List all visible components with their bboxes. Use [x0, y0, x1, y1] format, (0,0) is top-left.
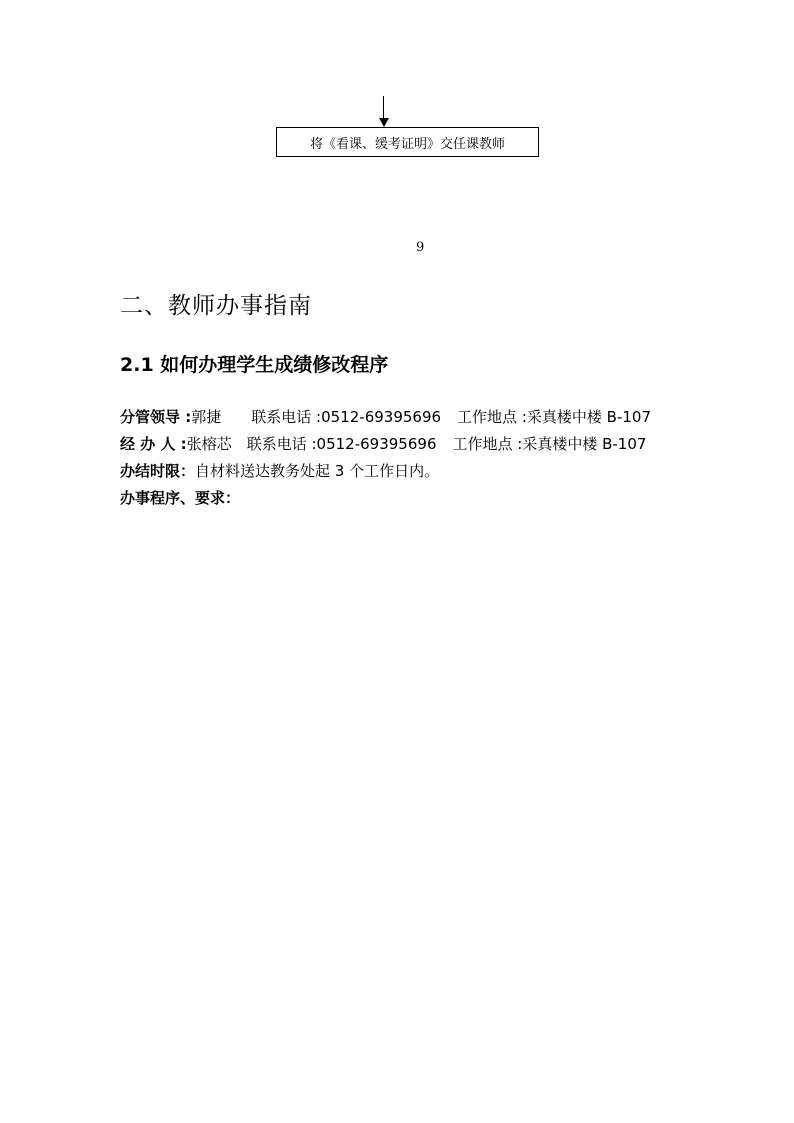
subsection-title: 2.1 如何办理学生成绩修改程序	[120, 350, 388, 377]
supervisor-label: 分管领导	[120, 408, 180, 426]
section-title: 二、教师办事指南	[120, 287, 312, 320]
phone-value: 0512-69395696	[321, 408, 441, 426]
location-value: 采真楼中楼 B-107	[527, 408, 651, 426]
handler-label: 经 办 人	[120, 435, 175, 453]
procedure-label: 办事程序、要求：	[120, 489, 240, 507]
flowchart-step-text: 将《看课、缓考证明》交任课教师	[310, 133, 505, 152]
procedure-line: 办事程序、要求：	[120, 487, 240, 508]
phone-label: 联系电话	[251, 408, 311, 426]
handler-phone-value: 0512-69395696	[317, 435, 437, 453]
page-number: 9	[416, 240, 424, 255]
location-label: 工作地点	[457, 408, 517, 426]
handler-location-value: 采真楼中楼 B-107	[522, 435, 646, 453]
flowchart-step-box: 将《看课、缓考证明》交任课教师	[276, 127, 539, 157]
supervisor-line: 分管领导 :郭捷联系电话 :0512-69395696工作地点 :采真楼中楼 B…	[120, 406, 651, 427]
arrow-down-icon	[379, 118, 389, 127]
deadline-value: 自材料送达教务处起 3 个工作日内。	[195, 462, 439, 480]
supervisor-name: 郭捷	[191, 408, 221, 426]
arrow-down-line	[383, 96, 384, 120]
handler-location-label: 工作地点	[452, 435, 512, 453]
handler-name: 张榕芯	[187, 435, 232, 453]
deadline-label: 办结时限	[120, 462, 180, 480]
handler-line: 经 办 人 :张榕芯联系电话 :0512-69395696工作地点 :采真楼中楼…	[120, 433, 646, 454]
handler-phone-label: 联系电话	[247, 435, 307, 453]
deadline-line: 办结时限：自材料送达教务处起 3 个工作日内。	[120, 460, 439, 481]
